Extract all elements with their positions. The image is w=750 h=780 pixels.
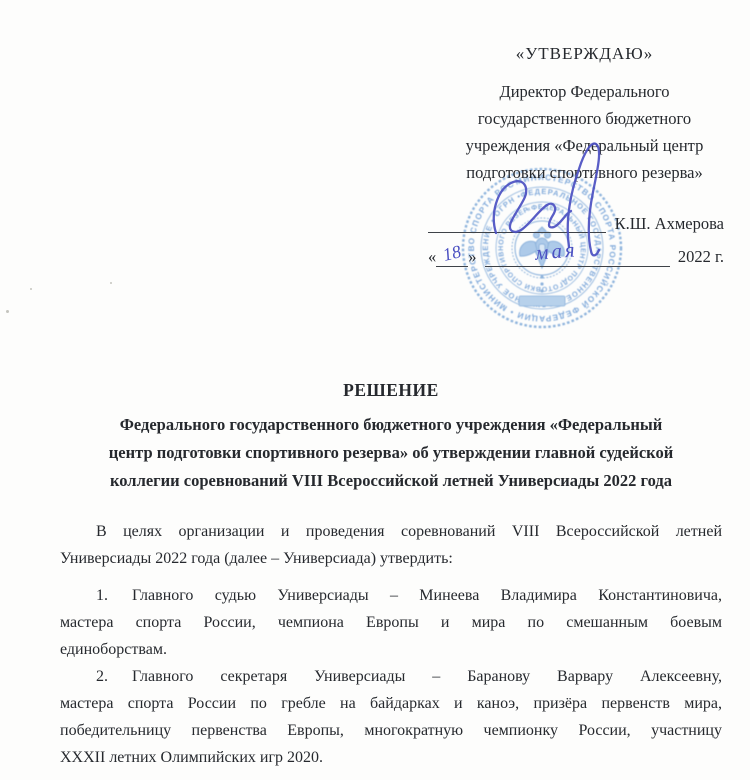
body-line: мастера спорта России по гребле на байда… [60, 690, 722, 717]
signature-line [428, 215, 606, 233]
stamp-banner [519, 296, 565, 306]
body-line: В целях организации и проведения соревно… [60, 518, 722, 545]
intro-paragraph: В целях организации и проведения соревно… [60, 518, 722, 572]
document-subtitle: Федерального государственного бюджетного… [48, 411, 734, 495]
body-line: 1. Главного судью Универсиады – Минеева … [60, 582, 722, 609]
director-line: государственного бюджетного [442, 105, 727, 132]
handwritten-month: мая [533, 237, 578, 266]
date-month-slot: мая [485, 246, 670, 267]
body-line: Универсиады 2022 года (далее – Универсиа… [60, 545, 722, 572]
subtitle-line: коллегии соревнований VIII Всероссийской… [48, 467, 734, 495]
body-line: мастера спорта России, чемпиона Европы и… [60, 609, 722, 636]
stamp-dots [540, 275, 543, 292]
body-line: XXXII летних Олимпийских игр 2020. [60, 744, 722, 771]
document-body: В целях организации и проведения соревно… [60, 518, 722, 771]
director-title: Директор Федерального государственного б… [442, 78, 727, 186]
item-2-paragraph: 2. Главного секретаря Универсиады – Бара… [60, 663, 722, 771]
body-line: победительницу первенства Европы, многок… [60, 717, 722, 744]
item-1-paragraph: 1. Главного судью Универсиады – Минеева … [60, 582, 722, 663]
approve-label: «УТВЕРЖДАЮ» [442, 44, 727, 64]
signature-row: К.Ш. Ахмерова [428, 214, 724, 233]
approval-block: «УТВЕРЖДАЮ» Директор Федерального госуда… [442, 44, 727, 186]
signee-name: К.Ш. Ахмерова [606, 214, 724, 233]
scan-speck [30, 288, 32, 290]
close-quote: » [468, 247, 476, 267]
subtitle-line: центр подготовки спортивного резерва» об… [48, 439, 734, 467]
subtitle-line: Федерального государственного бюджетного… [48, 411, 734, 439]
director-line: Директор Федерального [442, 78, 727, 105]
document-title: РЕШЕНИЕ [60, 380, 722, 401]
scan-speck [6, 310, 9, 313]
body-line: 2. Главного секретаря Универсиады – Бара… [60, 663, 722, 690]
body-line: единоборствам. [60, 636, 722, 663]
open-quote: « [428, 247, 436, 267]
director-line: подготовки спортивного резерва» [442, 159, 727, 186]
director-line: учреждения «Федеральный центр [442, 132, 727, 159]
date-year: 2022 г. [670, 247, 724, 267]
date-row: « 18 » мая 2022 г. [428, 246, 724, 267]
document-page: «УТВЕРЖДАЮ» Директор Федерального госуда… [0, 0, 750, 780]
date-day-slot: 18 [436, 246, 468, 267]
scan-speck [110, 282, 112, 284]
